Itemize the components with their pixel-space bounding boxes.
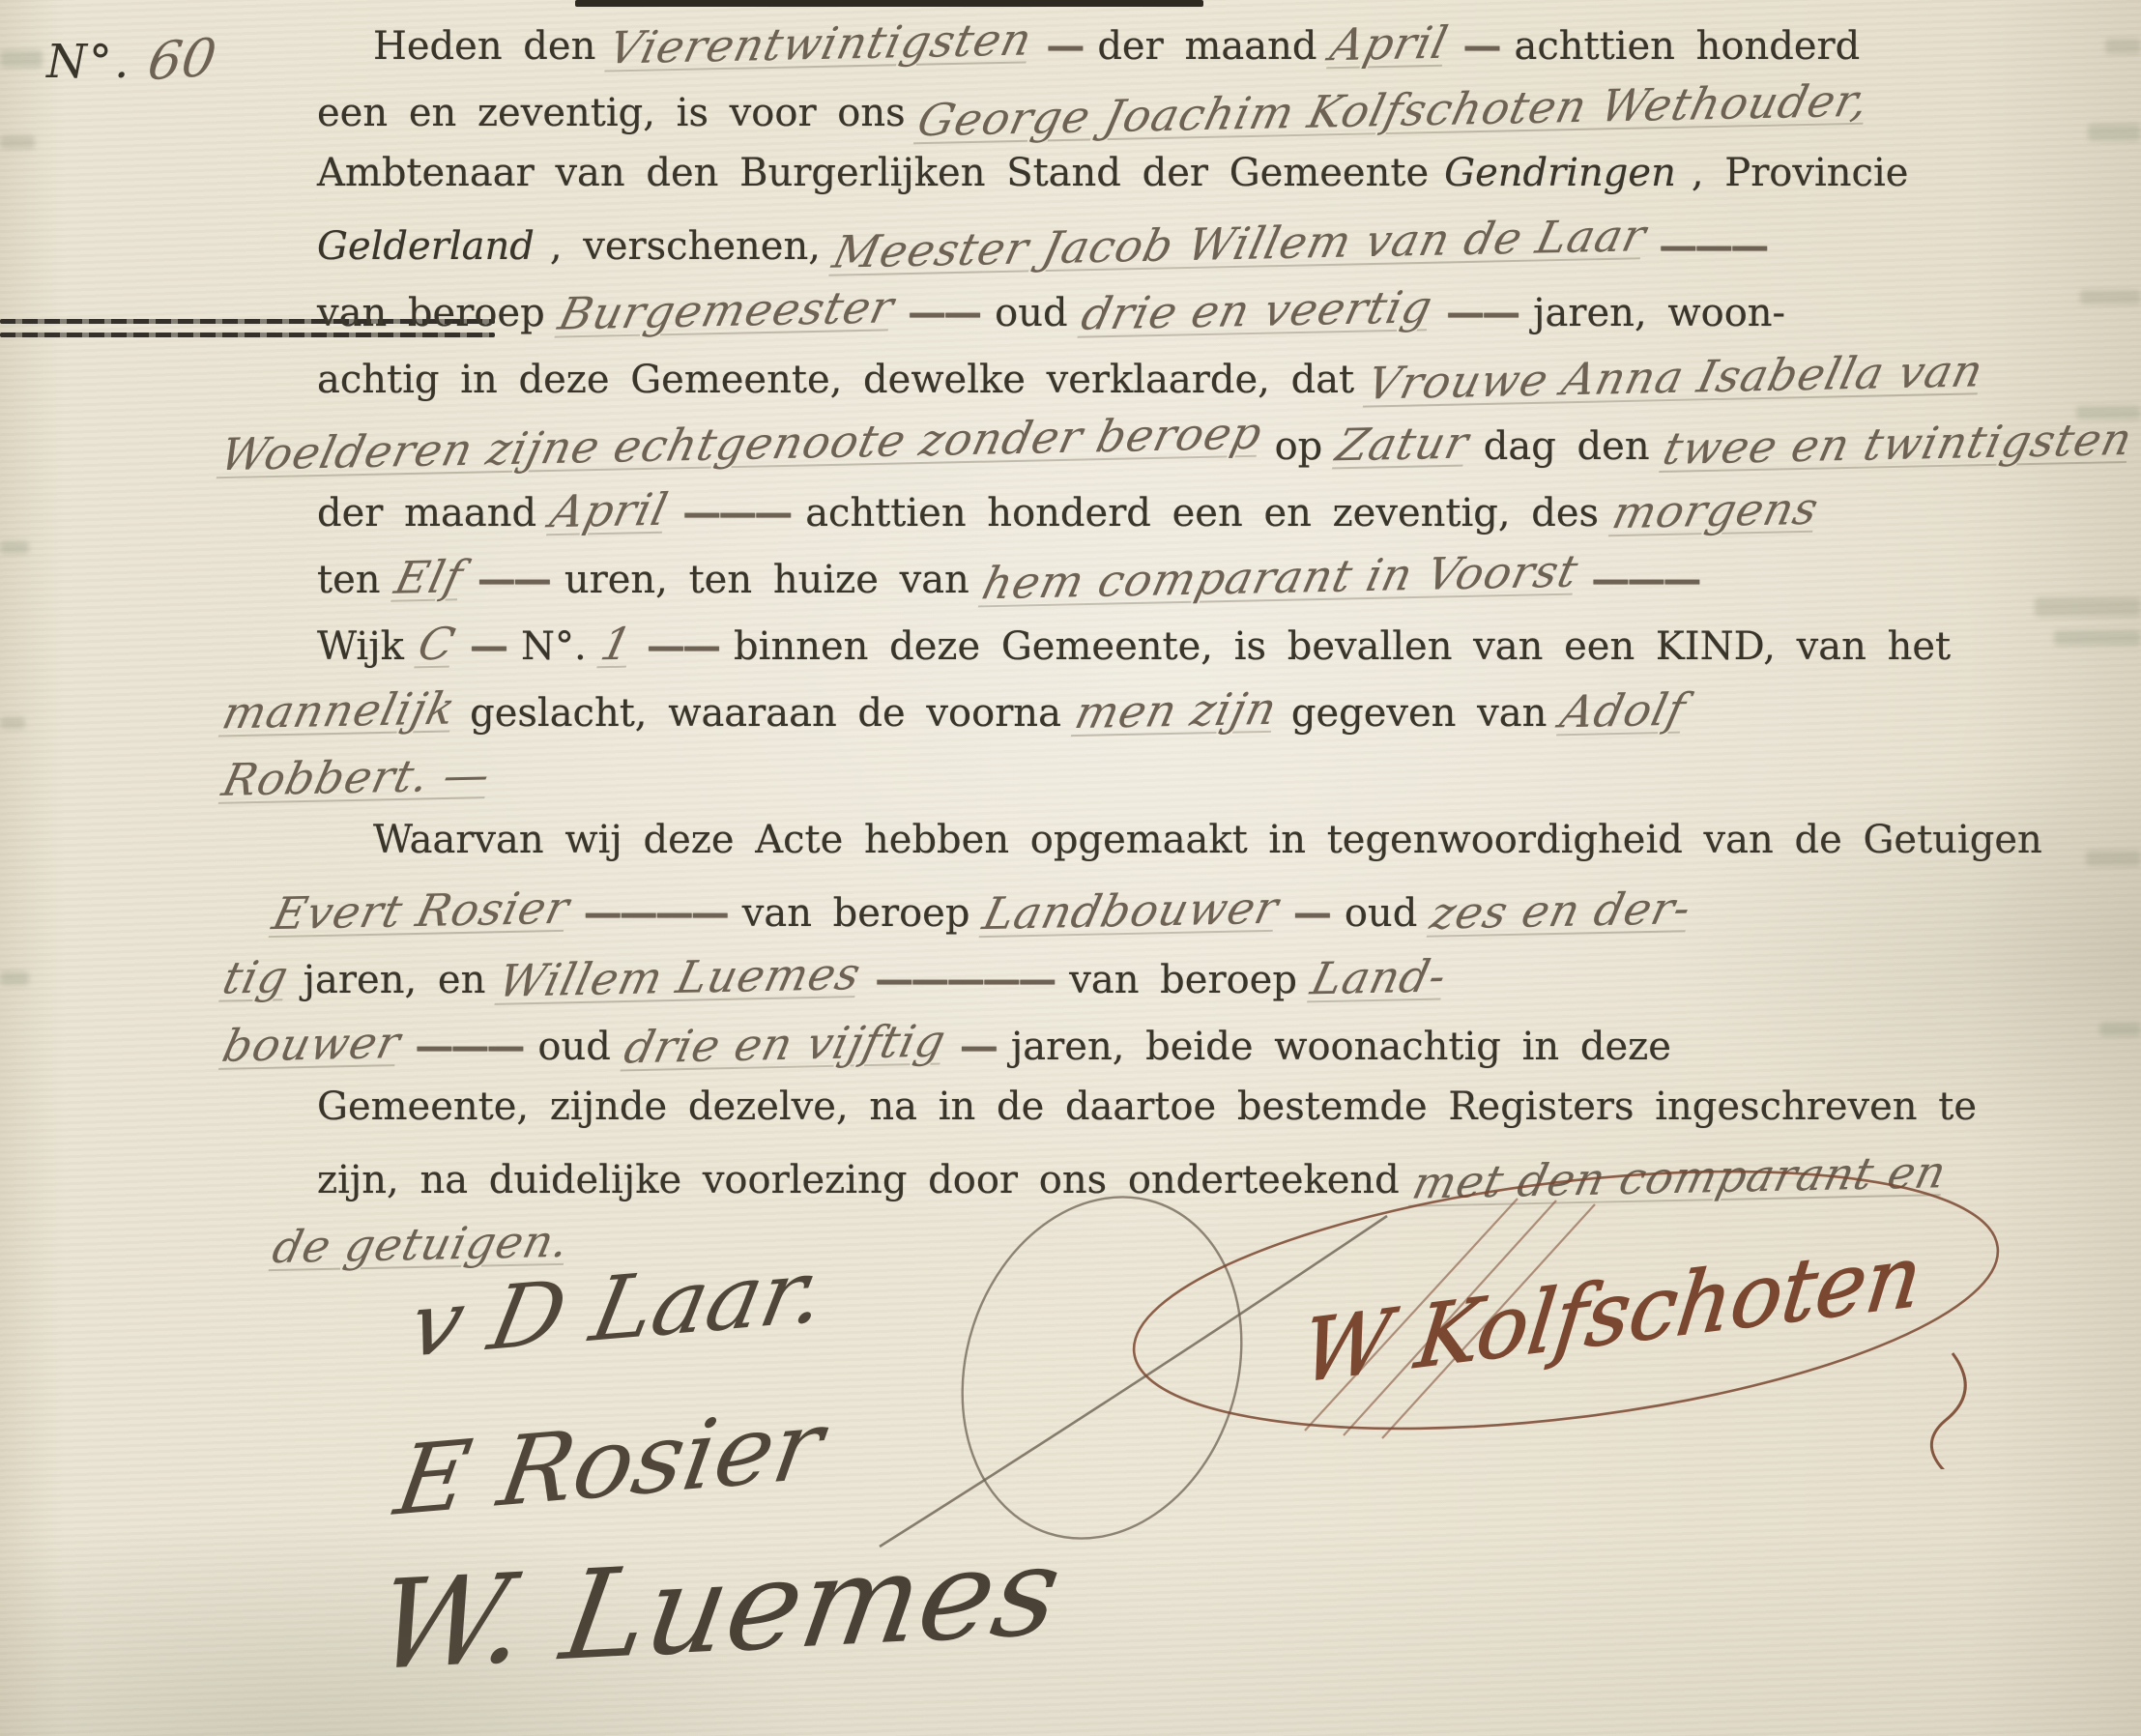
act-line-5: van beroepBurgemeester——ouddrie en veert… [317, 284, 2105, 351]
bleed-through-mark [2105, 39, 2141, 54]
ink-dash: ——— [1591, 557, 1698, 602]
bleed-through-mark [0, 541, 29, 554]
printed-text: der maand [1097, 24, 1316, 69]
table-rule-fragment [575, 0, 1203, 7]
act-line-13: Waarvan wij deze Acte hebben opgemaakt i… [317, 818, 2105, 884]
printed-text: Wijk [317, 624, 404, 669]
handwritten-entry: Zatur [1332, 417, 1475, 472]
act-line-12: Robbert. — [224, 751, 2105, 818]
signature-registrar: W Kolfschoten [1102, 1141, 2049, 1473]
handwritten-entry: April [1326, 16, 1454, 71]
printed-text: Heden den [373, 24, 595, 69]
bleed-through-mark [0, 717, 25, 729]
printed-text: achttien honderd een en zeventig, des [805, 491, 1599, 535]
handwritten-entry: Landbouwer [979, 882, 1285, 940]
ink-dash: —— [908, 290, 979, 335]
handwritten-entry: George Joachim Kolfschoten Wethouder, [912, 74, 1874, 146]
printed-text: geslacht, waaraan de voorna [470, 691, 1061, 736]
handwritten-entry: Vrouwe Anna Isabella van [1362, 344, 1988, 409]
printed-text: oud [1345, 891, 1417, 936]
printed-text: achttien honderd [1515, 24, 1861, 69]
handwritten-entry: C [414, 618, 461, 671]
handwritten-entry: Evert Rosier [268, 882, 575, 940]
handwritten-entry: Robbert. — [217, 748, 496, 806]
act-line-8: der maandApril———achttien honderd een en… [317, 484, 2105, 551]
printed-text: van beroep [317, 291, 545, 335]
handwritten-entry: 1 [596, 618, 638, 671]
printed-text: binnen deze Gemeente, is bevallen van ee… [734, 624, 1951, 669]
ink-dash: ————— [875, 957, 1054, 1002]
act-line-16: bouwer———ouddrie en vijftig—jaren, beide… [224, 1018, 2105, 1085]
printed-text: oud [995, 291, 1067, 335]
handwritten-entry: Vierentwintigsten [604, 13, 1037, 73]
handwritten-entry: mannelijk [217, 682, 461, 739]
handwritten-entry: twee en twintigsten [1658, 413, 2137, 475]
printed-text: van beroep [1069, 958, 1297, 1002]
handwritten-entry: Woelderen zijne echtgenoote zonder beroe… [216, 407, 1267, 480]
ink-dash: —— [1446, 290, 1518, 335]
handwritten-entry: morgens [1607, 482, 1824, 538]
act-line-9: tenElf——uren, ten huize vanhem comparant… [317, 551, 2105, 618]
printed-text: achtig in deze Gemeente, dewelke verklaa… [317, 358, 1354, 402]
printed-text: jaren, woon- [1533, 291, 1785, 335]
ink-dash: — [1046, 23, 1082, 69]
handwritten-entry: April [546, 483, 674, 537]
act-line-14: Evert Rosier————van beroepLandbouwer—oud… [275, 884, 2105, 951]
ink-dash: ———— [584, 890, 727, 936]
handwritten-entry: hem comparant in Voorst [977, 545, 1583, 610]
handwritten-entry: bouwer [217, 1016, 406, 1072]
bleed-through-mark [2099, 1023, 2141, 1036]
act-line-7: Woelderen zijne echtgenoote zonder beroe… [224, 418, 2105, 484]
printed-text: Gendringen [1444, 151, 1676, 195]
signature-registrar-text: W Kolfschoten [1297, 1226, 1927, 1403]
printed-text: Ambtenaar van den Burgerlijken Stand der… [317, 151, 1429, 195]
handwritten-entry: drie en veertig [1077, 280, 1438, 340]
ink-dash: ——— [415, 1024, 522, 1069]
bleed-through-mark [0, 135, 35, 149]
printed-text: ten [317, 558, 381, 602]
document-number-label: N°. [46, 35, 130, 89]
handwritten-entry: Adolf [1556, 683, 1692, 738]
printed-text: gegeven van [1291, 691, 1548, 736]
handwritten-entry: Land- [1306, 950, 1452, 1005]
printed-text: jaren, en [304, 958, 486, 1002]
bleed-through-mark [0, 971, 29, 985]
handwritten-entry: men zijn [1070, 682, 1282, 738]
printed-text: Waarvan wij deze Acte hebben opgemaakt i… [373, 818, 2042, 862]
handwritten-entry: Elf [390, 550, 468, 603]
ink-dash: — [470, 623, 506, 669]
printed-text: dag den [1484, 424, 1650, 469]
printed-text: op [1275, 424, 1323, 469]
act-body: Heden denVierentwintigsten—der maandApri… [317, 17, 2105, 1285]
ink-dash: — [1463, 23, 1499, 69]
handwritten-entry: drie en vijftig [620, 1015, 951, 1074]
printed-text: jaren, beide woonachtig in deze [1011, 1025, 1671, 1069]
signature-registrar-flourish: W Kolfschoten [1102, 1141, 2049, 1469]
ink-dash: —— [477, 557, 549, 602]
ink-dash: —— [647, 623, 718, 669]
handwritten-entry: Meester Jacob Willem van de Laar [828, 209, 1652, 277]
act-line-2: een en zeventig, is voor onsGeorge Joach… [317, 84, 2105, 151]
act-line-15: tigjaren, enWillem Luemes—————van beroep… [224, 951, 2105, 1018]
printed-text: der maand [317, 491, 536, 535]
act-line-3: Ambtenaar van den Burgerlijken Stand der… [317, 151, 2105, 217]
printed-text: Gelderland [317, 224, 535, 269]
printed-text: , verschenen, [550, 224, 821, 269]
handwritten-entry: Burgemeester [554, 280, 900, 339]
printed-text: een en zeventig, is voor ons [317, 91, 906, 135]
bleed-through-mark [0, 50, 43, 68]
handwritten-entry: Willem Luemes [494, 947, 866, 1007]
printed-text: N°. [521, 624, 587, 669]
printed-text: van beroep [742, 891, 970, 936]
ink-dash: — [1293, 890, 1329, 936]
ink-dash: — [960, 1024, 996, 1069]
printed-text: oud [537, 1025, 610, 1069]
printed-text: uren, ten huize van [564, 558, 969, 602]
document-number-value: 60 [144, 27, 220, 93]
printed-text: Gemeente, zijnde dezelve, na in de daart… [317, 1085, 1977, 1129]
handwritten-entry: tig [218, 950, 294, 1003]
act-line-10: WijkC—N°.1——binnen deze Gemeente, is bev… [317, 618, 2105, 684]
act-line-11: mannelijkgeslacht, waaraan de voornamen … [224, 684, 2105, 751]
act-line-4: Gelderland, verschenen,Meester Jacob Wil… [317, 217, 2105, 284]
ink-dash: ——— [1659, 223, 1766, 269]
document-number: N°. 60 [46, 29, 216, 90]
printed-text: , Provincie [1692, 151, 1909, 195]
handwritten-entry: zes en der- [1426, 882, 1696, 940]
ink-dash: ——— [682, 490, 790, 535]
